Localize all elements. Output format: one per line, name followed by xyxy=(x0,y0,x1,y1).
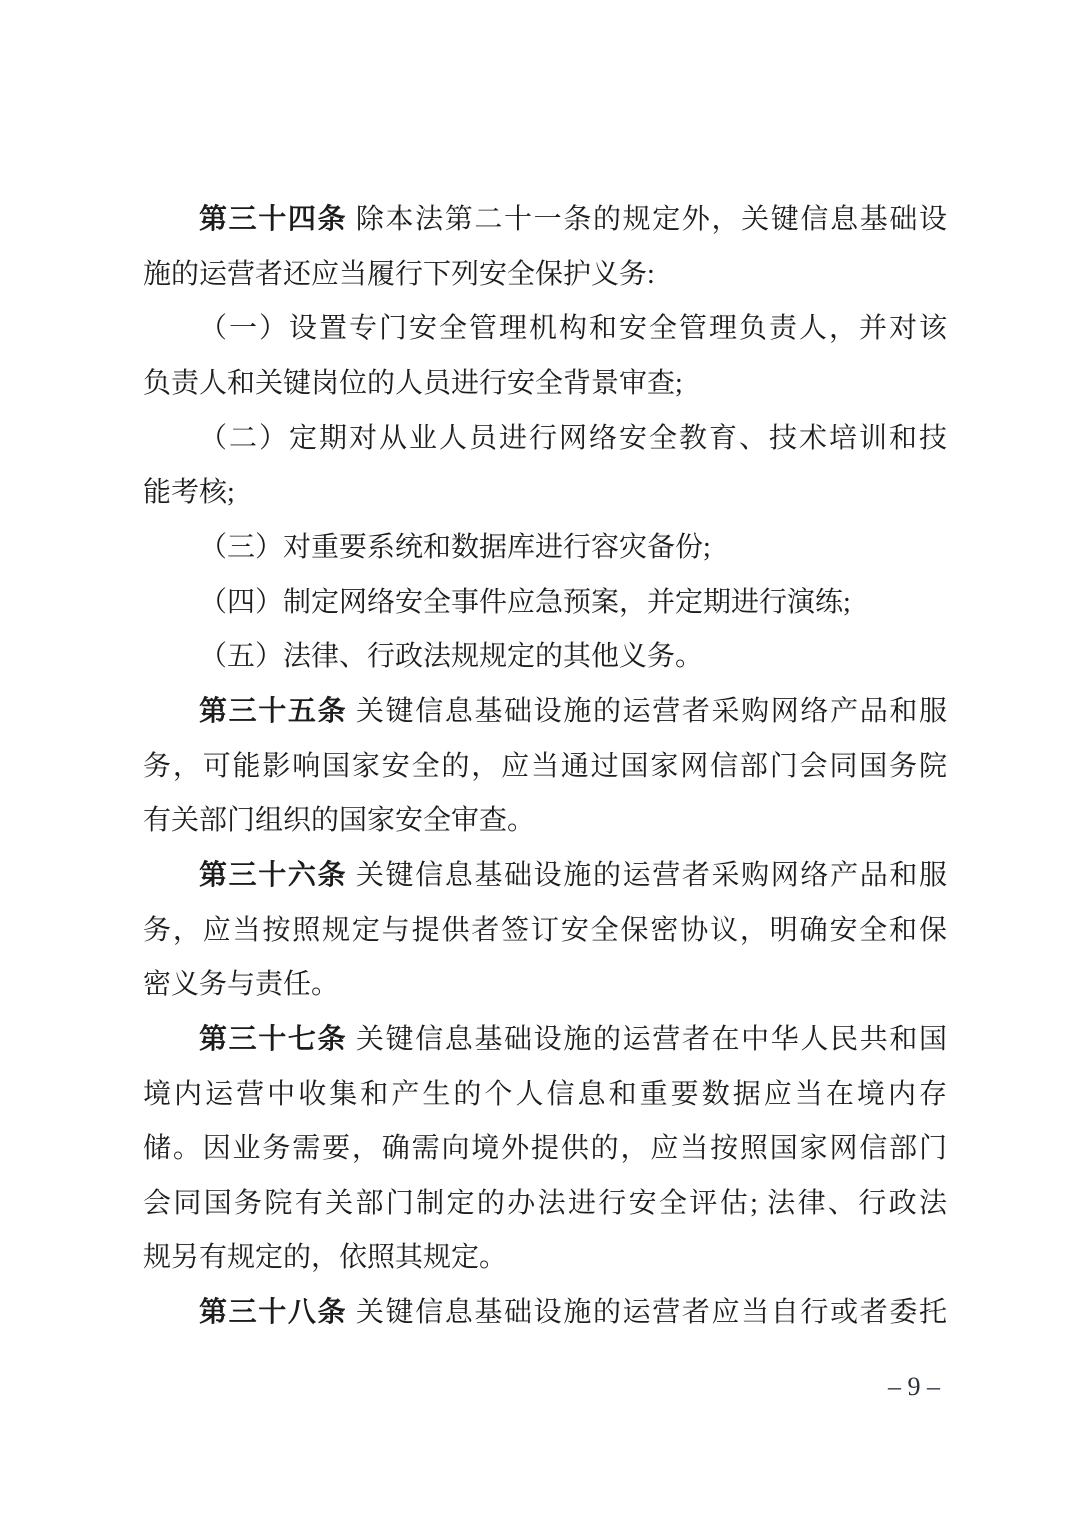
article-number: 第三十五条 xyxy=(199,696,347,727)
page-number: – 9 – xyxy=(888,1372,940,1402)
text-line: 规另有规定的，依照其规定。 xyxy=(143,1231,947,1286)
document-body: 第三十四条 除本法第二十一条的规定外，关键信息基础设 施的运营者还应当履行下列安… xyxy=(143,193,947,1341)
text-line: 境内运营中收集和产生的个人信息和重要数据应当在境内存 xyxy=(143,1068,947,1123)
line-text: （四）制定网络安全事件应急预案，并定期进行演练; xyxy=(199,587,851,618)
line-text: 务，应当按照规定与提供者签订安全保密协议，明确安全和保 xyxy=(143,915,947,946)
line-text: （五）法律、行政法规规定的其他义务。 xyxy=(199,641,703,672)
line-text: 会同国务院有关部门制定的办法进行安全评估; 法律、行政法 xyxy=(143,1188,947,1219)
line-text: 储。因业务需要，确需向境外提供的，应当按照国家网信部门 xyxy=(143,1133,947,1164)
text-line: （一）设置专门安全管理机构和安全管理负责人，并对该 xyxy=(143,302,947,357)
line-text: 境内运营中收集和产生的个人信息和重要数据应当在境内存 xyxy=(143,1079,947,1110)
text-line: 第三十五条 关键信息基础设施的运营者采购网络产品和服 xyxy=(143,685,947,740)
text-line: 会同国务院有关部门制定的办法进行安全评估; 法律、行政法 xyxy=(143,1177,947,1232)
text-line: 储。因业务需要，确需向境外提供的，应当按照国家网信部门 xyxy=(143,1122,947,1177)
article-number: 第三十七条 xyxy=(199,1024,347,1055)
text-line: 务，可能影响国家安全的，应当通过国家网信部门会同国务院 xyxy=(143,740,947,795)
line-text: 关键信息基础设施的运营者采购网络产品和服 xyxy=(347,696,947,727)
line-text: （二）定期对从业人员进行网络安全教育、技术培训和技 xyxy=(199,423,947,454)
line-text: 关键信息基础设施的运营者采购网络产品和服 xyxy=(347,860,947,891)
text-line: （五）法律、行政法规规定的其他义务。 xyxy=(143,630,947,685)
text-line: 施的运营者还应当履行下列安全保护义务: xyxy=(143,248,947,303)
article-number: 第三十八条 xyxy=(199,1297,347,1328)
text-line: 第三十八条 关键信息基础设施的运营者应当自行或者委托 xyxy=(143,1286,947,1341)
line-text: 务，可能影响国家安全的，应当通过国家网信部门会同国务院 xyxy=(143,751,947,782)
text-line: 第三十七条 关键信息基础设施的运营者在中华人民共和国 xyxy=(143,1013,947,1068)
line-text: 有关部门组织的国家安全审查。 xyxy=(143,805,535,836)
line-text: 负责人和关键岗位的人员进行安全背景审查; xyxy=(143,368,683,399)
line-text: （一）设置专门安全管理机构和安全管理负责人，并对该 xyxy=(199,313,947,344)
text-line: 负责人和关键岗位的人员进行安全背景审查; xyxy=(143,357,947,412)
document-page: 第三十四条 除本法第二十一条的规定外，关键信息基础设 施的运营者还应当履行下列安… xyxy=(0,0,1080,1527)
text-line: （四）制定网络安全事件应急预案，并定期进行演练; xyxy=(143,576,947,631)
text-line: 务，应当按照规定与提供者签订安全保密协议，明确安全和保 xyxy=(143,904,947,959)
text-line: （三）对重要系统和数据库进行容灾备份; xyxy=(143,521,947,576)
text-line: 第三十六条 关键信息基础设施的运营者采购网络产品和服 xyxy=(143,849,947,904)
line-text: 关键信息基础设施的运营者应当自行或者委托 xyxy=(347,1297,947,1328)
line-text: 关键信息基础设施的运营者在中华人民共和国 xyxy=(347,1024,947,1055)
text-line: 第三十四条 除本法第二十一条的规定外，关键信息基础设 xyxy=(143,193,947,248)
article-number: 第三十六条 xyxy=(199,860,347,891)
line-text: 除本法第二十一条的规定外，关键信息基础设 xyxy=(347,204,947,235)
line-text: 能考核; xyxy=(143,477,235,508)
line-text: 规另有规定的，依照其规定。 xyxy=(143,1242,507,1273)
text-line: 密义务与责任。 xyxy=(143,958,947,1013)
line-text: （三）对重要系统和数据库进行容灾备份; xyxy=(199,532,711,563)
line-text: 施的运营者还应当履行下列安全保护义务: xyxy=(143,259,655,290)
text-line: （二）定期对从业人员进行网络安全教育、技术培训和技 xyxy=(143,412,947,467)
line-text: 密义务与责任。 xyxy=(143,969,339,1000)
text-line: 有关部门组织的国家安全审查。 xyxy=(143,794,947,849)
text-line: 能考核; xyxy=(143,466,947,521)
article-number: 第三十四条 xyxy=(199,204,347,235)
